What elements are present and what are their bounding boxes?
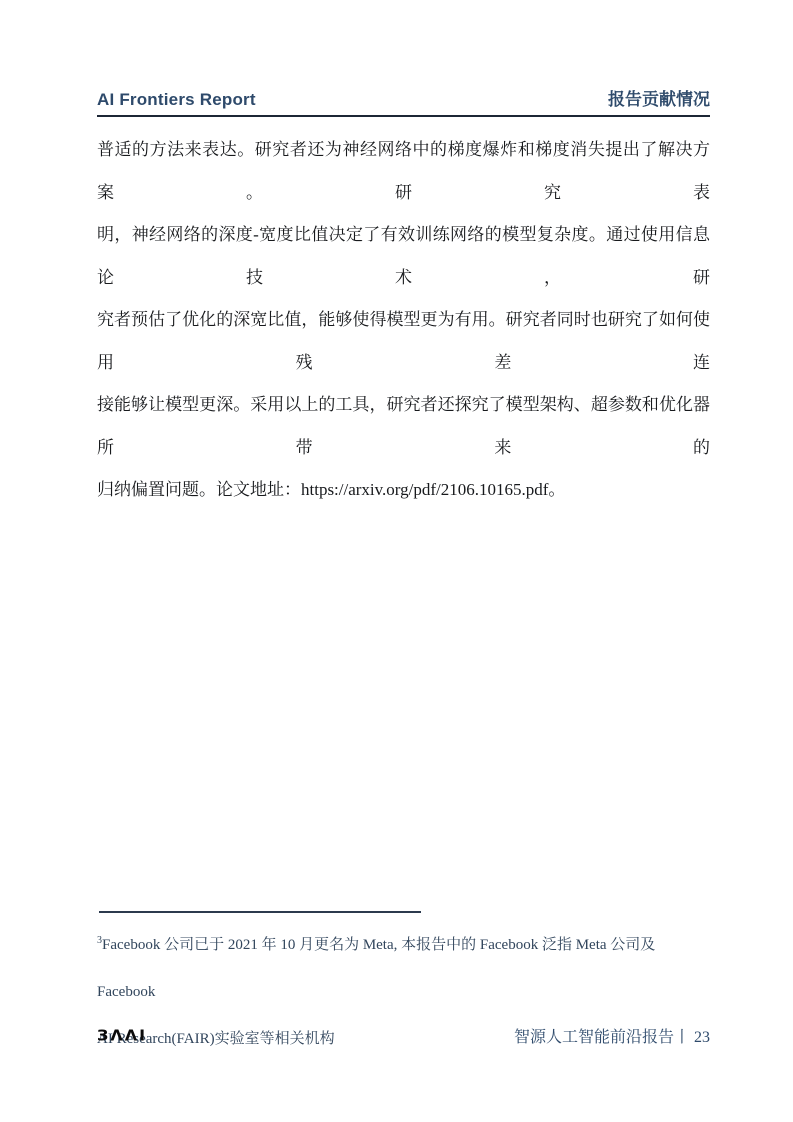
page-footer: ЗΛΛΙ 智源人工智能前沿报告丨 23 — [97, 1024, 710, 1047]
footnote-line: 3Facebook 公司已于 2021 年 10 月更名为 Meta, 本报告中… — [97, 922, 710, 1016]
body-paragraph: 普适的方法来表达。研究者还为神经网络中的梯度爆炸和梯度消失提出了解决方案。研究表… — [97, 129, 710, 512]
footer-page-info: 智源人工智能前沿报告丨 23 — [514, 1024, 710, 1047]
baai-logo: ЗΛΛΙ — [97, 1026, 147, 1044]
report-page: AI Frontiers Report 报告贡献情况 普适的方法来表达。研究者还… — [0, 0, 793, 1122]
footer-page-number: 23 — [694, 1029, 710, 1046]
body-line: 普适的方法来表达。研究者还为神经网络中的梯度爆炸和梯度消失提出了解决方案。研究表 — [97, 129, 710, 214]
footnote-text: Facebook 公司已于 2021 年 10 月更名为 Meta, 本报告中的… — [97, 937, 655, 1000]
body-line-paper-url: 归纳偏置问题。论文地址：https://arxiv.org/pdf/2106.1… — [97, 469, 710, 512]
body-line: 究者预估了优化的深宽比值，能够使得模型更为有用。研究者同时也研究了如何使用残差连 — [97, 299, 710, 384]
page-header: AI Frontiers Report 报告贡献情况 — [97, 85, 710, 117]
body-line: 明，神经网络的深度-宽度比值决定了有效训练网络的模型复杂度。通过使用信息论技术，… — [97, 214, 710, 299]
footer-report-title: 智源人工智能前沿报告丨 — [514, 1029, 690, 1046]
header-title-left: AI Frontiers Report — [97, 90, 256, 110]
header-title-right: 报告贡献情况 — [608, 85, 710, 110]
body-line: 接能够让模型更深。采用以上的工具，研究者还探究了模型架构、超参数和优化器所带来的 — [97, 384, 710, 469]
footnote-divider — [99, 911, 421, 913]
